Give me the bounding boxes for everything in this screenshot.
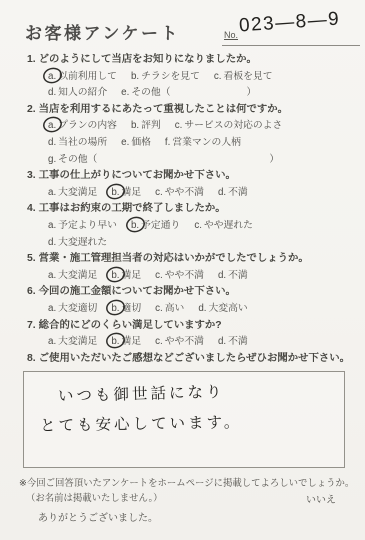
option-letter: a. [48,118,56,135]
option-letter: d. [48,85,56,102]
comment-box: いつも御世話になり とても安心しています。 [23,371,345,468]
option-text: やや不満 [165,270,204,281]
option-letter: e. [121,85,129,102]
option-letter: b. [111,268,119,285]
option-letter: c. [155,185,163,202]
question-title: 5.営業・施工管理担当者の対応はいかがでしたでしょうか。 [27,251,349,268]
footer-note: ※今回ご回答頂いたアンケートをホームページに掲載してよろしいでしょうか。 （お名… [19,475,354,505]
option: a.大変満足 [48,268,97,285]
form-number-area: No. 023—8—9 [222,16,360,48]
option-row: d.大変遅れた [27,235,349,252]
footer-note-line2: （お名前は掲載いたしません。） [19,490,354,505]
option: a.予定より早い [48,218,117,235]
option-letter: d. [198,301,206,318]
option: a.大変満足 [48,185,97,202]
option-letter: a. [48,268,56,285]
option-letter: a. [48,69,56,86]
option-row: d.当社の場所e.価格f.営業マンの人柄 [27,135,349,152]
option-text: 不満 [228,270,248,281]
option-letter: b. [131,218,139,235]
option: c.やや不満 [155,334,204,351]
option: b.満足 [111,334,141,351]
option-letter: c. [194,218,202,235]
question-text: 工事の仕上がりについてお聞かせ下さい。 [39,170,236,181]
option-text: その他（ [131,87,170,98]
option-row: a.予定より早いb.予定通りc.やや遅れた [27,218,349,235]
question-number: 4. [27,203,36,214]
option-text: 不満 [228,336,248,347]
footer-note-line1: ※今回ご回答頂いたアンケートをホームページに掲載してよろしいでしょうか。 [19,475,354,490]
thanks-text: ありがとうございました。 [38,509,158,524]
question-title: 8.ご使用いただいたご感想などございましたらぜひお聞かせ下さい。 [27,351,349,368]
option-letter: b. [111,334,119,351]
option-text: 価格 [131,137,151,148]
option-text: サービスの対応のよさ [184,120,282,131]
option: c.やや遅れた [194,218,253,235]
option-text: プランの内容 [58,120,117,131]
question-title: 3.工事の仕上がりについてお聞かせ下さい。 [27,168,349,185]
option: c.やや不満 [155,268,204,285]
option-letter: a. [48,218,56,235]
option-text: 以前利用して [58,71,117,82]
option-row: a.プランの内容b.評判c.サービスの対応のよさ [27,118,349,135]
option-letter: d. [48,235,56,252]
option-letter: a. [48,301,56,318]
option: a.大変適切 [48,301,97,318]
option-text: 大変遅れた [58,237,107,248]
option-letter: d. [218,185,226,202]
option-letter: a. [48,334,56,351]
question-block: 5.営業・施工管理担当者の対応はいかがでしたでしょうか。a.大変満足b.満足c.… [27,251,349,284]
question-number: 5. [27,253,36,264]
option-letter: c. [175,118,183,135]
option: c.やや不満 [155,185,204,202]
question-text: 工事はお約束の工期で終了しましたか。 [39,203,226,214]
option-letter: c. [214,69,222,86]
option: b.満足 [111,185,141,202]
option-text: 大変高い [209,303,248,314]
option-letter: b. [131,118,139,135]
option: b.適切 [111,301,141,318]
option-letter: d. [48,135,56,152]
option-text: 評判 [141,120,161,131]
option: e.その他（） [121,85,256,102]
question-number: 7. [27,320,36,331]
option-letter: a. [48,185,56,202]
question-text: 営業・施工管理担当者の対応はいかがでしたでしょうか。 [39,253,309,264]
option-text: 不満 [228,187,248,198]
option: d.不満 [218,334,248,351]
option-letter: d. [218,268,226,285]
option-row: a.大変満足b.満足c.やや不満d.不満 [27,334,349,351]
option-text: 満足 [122,187,142,198]
option: c.看板を見て [214,69,273,86]
question-block: 8.ご使用いただいたご感想などございましたらぜひお聞かせ下さい。 [27,351,349,368]
option-text: 満足 [122,336,142,347]
option: d.当社の場所 [48,135,107,152]
option-letter: c. [155,268,163,285]
option: d.大変高い [198,301,247,318]
option-text: チラシを見て [141,71,200,82]
option: e.価格 [121,135,151,152]
survey-sheet: お客様アンケート No. 023—8—9 1.どのようにして当店をお知りになりま… [0,0,365,540]
option-text: 大変満足 [58,187,97,198]
option-text: 営業マンの人柄 [172,137,241,148]
option-text: 看板を見て [224,71,273,82]
question-block: 2.当店を利用するにあたって重視したことは何ですか。a.プランの内容b.評判c.… [27,102,349,168]
question-title: 2.当店を利用するにあたって重視したことは何ですか。 [27,102,349,119]
option-text: 大変満足 [58,270,97,281]
option: b.満足 [111,268,141,285]
option: d.不満 [218,268,248,285]
option-text: やや遅れた [204,220,253,231]
option: f.営業マンの人柄 [165,135,241,152]
option-row: d.知人の紹介e.その他（） [27,85,349,102]
option-letter: b. [111,185,119,202]
option: c.高い [155,301,184,318]
option-letter: c. [155,301,163,318]
option-close-paren: ） [269,154,279,165]
option: a.大変満足 [48,334,97,351]
option: d.知人の紹介 [48,85,107,102]
question-number: 1. [27,54,36,65]
question-number: 3. [27,170,36,181]
question-number: 2. [27,104,36,115]
option-row: a.大変満足b.満足c.やや不満d.不満 [27,268,349,285]
option-text: 大変適切 [58,303,97,314]
option: a.プランの内容 [48,118,117,135]
question-text: ご使用いただいたご感想などございましたらぜひお聞かせ下さい。 [39,353,350,364]
option-letter: c. [155,334,163,351]
publish-answer-no: いいえ [306,491,336,506]
option-text: 知人の紹介 [58,87,107,98]
question-block: 7.総合的にどのくらい満足していますか?a.大変満足b.満足c.やや不満d.不満 [27,318,349,351]
option-text: 予定より早い [58,220,117,231]
question-title: 6.今回の施工金額についてお聞かせ下さい。 [27,284,349,301]
question-block: 1.どのようにして当店をお知りになりましたか。a.以前利用してb.チラシを見てc… [27,52,349,102]
handwritten-comment-line2: とても安心しています。 [40,410,243,436]
option-text: その他（ [58,154,97,165]
no-label: No. [224,30,238,40]
handwritten-comment-line1: いつも御世話になり [58,380,225,406]
option: b.予定通り [131,218,180,235]
option-letter: e. [121,135,129,152]
option: d.不満 [218,185,248,202]
option-letter: d. [218,334,226,351]
option-row: a.大変満足b.満足c.やや不満d.不満 [27,185,349,202]
option-letter: f. [165,135,170,152]
option-text: 当社の場所 [58,137,107,148]
questions: 1.どのようにして当店をお知りになりましたか。a.以前利用してb.チラシを見てc… [27,52,349,367]
question-text: 当店を利用するにあたって重視したことは何ですか。 [39,104,288,115]
question-title: 7.総合的にどのくらい満足していますか? [27,318,349,335]
option: g.その他（） [48,152,279,169]
option: d.大変遅れた [48,235,107,252]
question-block: 6.今回の施工金額についてお聞かせ下さい。a.大変適切b.適切c.高いd.大変高… [27,284,349,317]
option: a.以前利用して [48,69,117,86]
option-text: やや不満 [165,187,204,198]
option-letter: b. [111,301,119,318]
option-text: やや不満 [165,336,204,347]
option-text: 適切 [122,303,142,314]
question-title: 1.どのようにして当店をお知りになりましたか。 [27,52,349,69]
option-text: 大変満足 [58,336,97,347]
handwritten-form-number: 023—8—9 [238,8,341,37]
form-title: お客様アンケート [25,19,180,44]
question-text: 総合的にどのくらい満足していますか? [39,320,222,331]
question-text: どのようにして当店をお知りになりましたか。 [39,54,257,65]
question-text: 今回の施工金額についてお聞かせ下さい。 [39,286,236,297]
option-text: 予定通り [141,220,180,231]
question-block: 4.工事はお約束の工期で終了しましたか。a.予定より早いb.予定通りc.やや遅れ… [27,201,349,251]
option: b.チラシを見て [131,69,200,86]
option-row: g.その他（） [27,152,349,169]
option-letter: b. [131,69,139,86]
option-row: a.大変適切b.適切c.高いd.大変高い [27,301,349,318]
option-text: 高い [165,303,185,314]
option-row: a.以前利用してb.チラシを見てc.看板を見て [27,69,349,86]
no-underline [222,45,360,46]
question-block: 3.工事の仕上がりについてお聞かせ下さい。a.大変満足b.満足c.やや不満d.不… [27,168,349,201]
question-number: 8. [27,353,36,364]
option-text: 満足 [122,270,142,281]
option: c.サービスの対応のよさ [175,118,283,135]
option-close-paren: ） [247,87,257,98]
option-letter: g. [48,152,56,169]
question-title: 4.工事はお約束の工期で終了しましたか。 [27,201,349,218]
option: b.評判 [131,118,161,135]
question-number: 6. [27,286,36,297]
